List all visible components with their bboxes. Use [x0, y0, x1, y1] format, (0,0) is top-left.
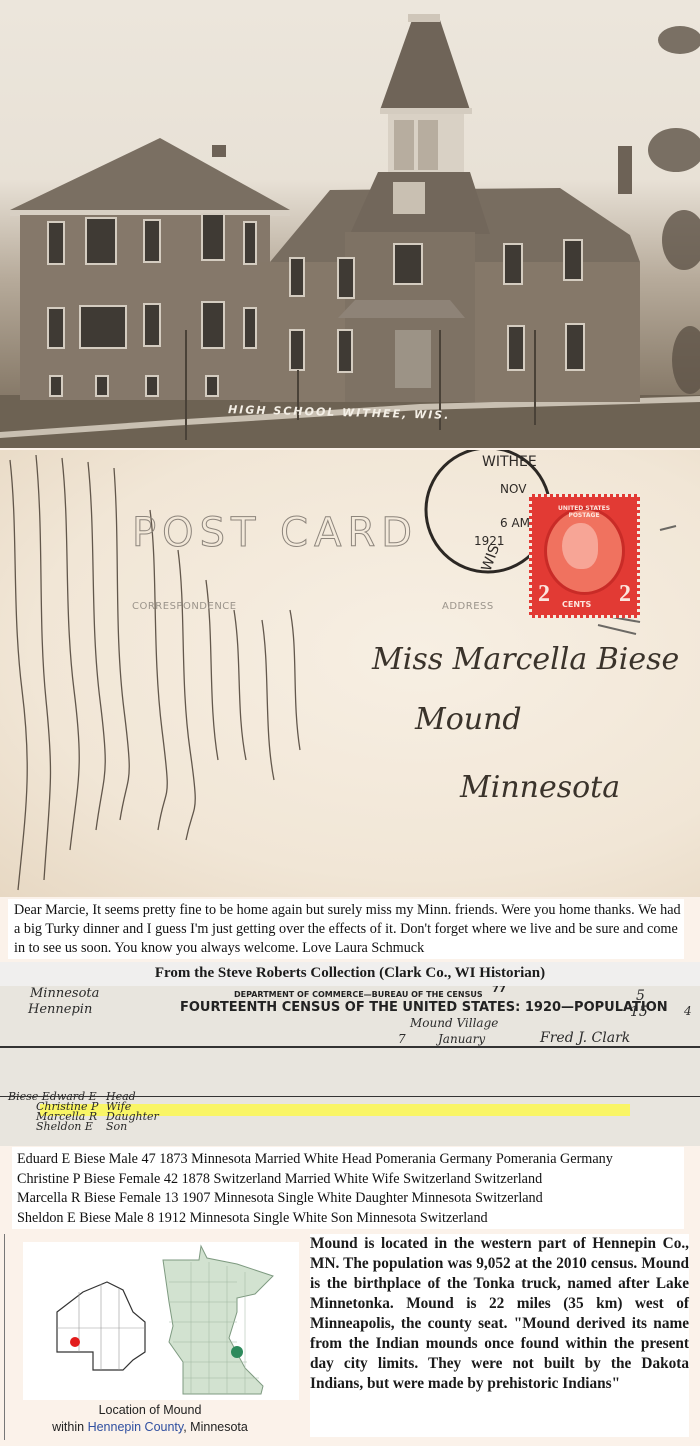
- census-transcription: Eduard E Biese Male 47 1873 Minnesota Ma…: [12, 1147, 684, 1229]
- map-caption-line1: Location of Mound: [0, 1402, 300, 1419]
- census-transcription-row: Eduard E Biese Male 47 1873 Minnesota Ma…: [17, 1150, 684, 1170]
- hennepin-county-link[interactable]: Hennepin County: [88, 1420, 184, 1434]
- address-recipient: Miss Marcella Biese: [372, 642, 679, 677]
- post-card-header: POST CARD: [132, 510, 418, 556]
- census-sheet: 4: [684, 1004, 692, 1018]
- postcard-back: POST CARD CORRESPONDENCE ADDRESS WITHEE …: [0, 450, 700, 897]
- postmark-month: NOV: [500, 482, 526, 496]
- census-transcription-row: Sheldon E Biese Male 8 1912 Minnesota Si…: [17, 1209, 684, 1229]
- postmark-time: 6 AM: [500, 516, 530, 530]
- postmark-town: WITHEE: [482, 454, 537, 470]
- census-title: FOURTEENTH CENSUS OF THE UNITED STATES: …: [180, 1000, 668, 1015]
- address-city: Mound: [415, 702, 522, 737]
- census-enumerated-month: January: [438, 1032, 485, 1046]
- postmark-year: 1921: [474, 534, 505, 548]
- hennepin-county-marker: [231, 1346, 243, 1358]
- census-divider: [0, 1046, 700, 1048]
- stamp-issuer: UNITED STATES POSTAGE: [546, 505, 622, 519]
- letter-transcription: Dear Marcie, It seems pretty fine to be …: [8, 899, 684, 959]
- census-record-image: DEPARTMENT OF COMMERCE—BUREAU OF THE CEN…: [0, 986, 700, 1146]
- correspondence-label: CORRESPONDENCE: [132, 601, 237, 612]
- census-page-number: 77: [492, 986, 506, 995]
- washington-portrait-icon: [562, 523, 598, 569]
- map-caption-line2: within Hennepin County, Minnesota: [0, 1419, 300, 1436]
- census-enumerated-day: 7: [398, 1032, 406, 1046]
- census-supervisors-district: 5: [636, 988, 645, 1004]
- census-divider: [0, 1096, 700, 1097]
- census-row-name: Sheldon E: [36, 1120, 93, 1133]
- postage-stamp: UNITED STATES POSTAGE 2 2 CENTS: [529, 494, 640, 618]
- census-enumerator: Fred J. Clark: [540, 1030, 630, 1046]
- address-state: Minnesota: [460, 770, 620, 805]
- map-caption-prefix: within: [52, 1420, 87, 1434]
- census-row-relation: Son: [106, 1120, 127, 1133]
- census-state: Minnesota: [30, 986, 99, 1001]
- map-figure: [23, 1242, 299, 1400]
- census-transcription-row: Christine P Biese Female 42 1878 Switzer…: [17, 1170, 684, 1190]
- census-county: Hennepin: [28, 1002, 92, 1017]
- county-and-state-map: [23, 1242, 299, 1400]
- census-department: DEPARTMENT OF COMMERCE—BUREAU OF THE CEN…: [234, 990, 483, 999]
- stamp-value-right: 2: [619, 581, 631, 608]
- map-caption: Location of Mound within Hennepin County…: [0, 1402, 300, 1436]
- mound-marker: [70, 1337, 80, 1347]
- map-caption-suffix: , Minnesota: [183, 1420, 248, 1434]
- school-building-illustration: [0, 0, 700, 448]
- high-school-photo: HIGH SCHOOL WITHEE, WIS.: [0, 0, 700, 448]
- stamp-unit: CENTS: [562, 600, 591, 609]
- collection-title: From the Steve Roberts Collection (Clark…: [0, 965, 700, 982]
- mound-description: Mound is located in the western part of …: [310, 1234, 689, 1437]
- census-transcription-row: Marcella R Biese Female 13 1907 Minnesot…: [17, 1189, 684, 1209]
- stamp-value-left: 2: [538, 581, 550, 608]
- address-label: ADDRESS: [442, 601, 494, 612]
- census-enumeration-district: 15: [630, 1004, 648, 1020]
- census-place: Mound Village: [410, 1016, 498, 1030]
